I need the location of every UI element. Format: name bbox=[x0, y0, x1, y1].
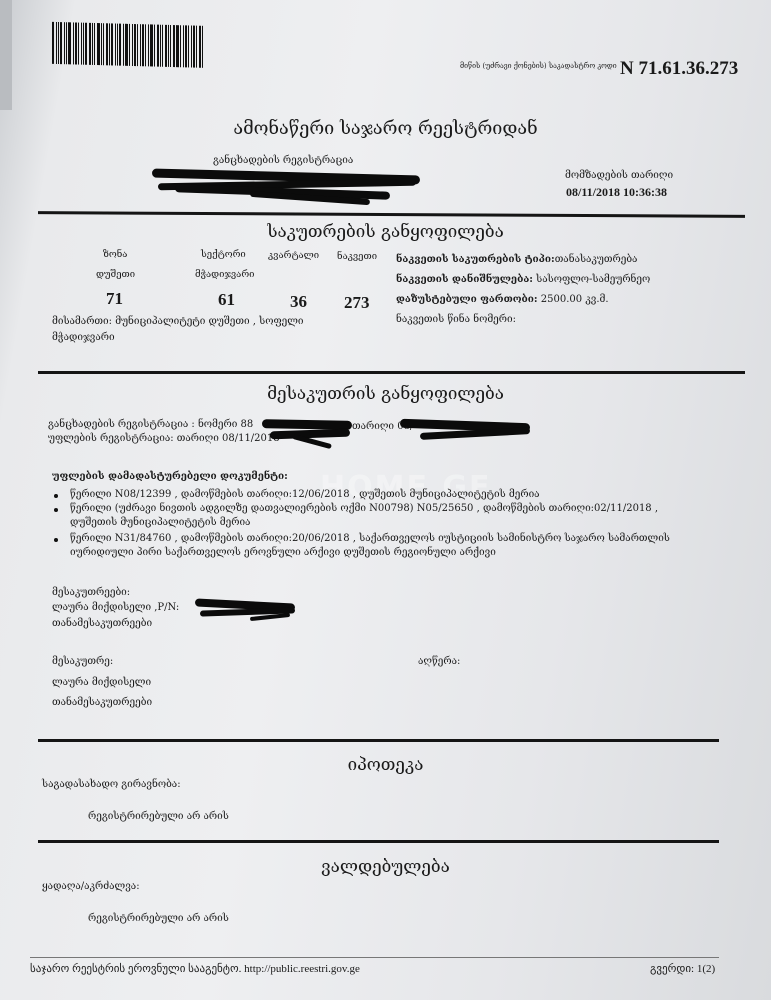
section-divider bbox=[38, 211, 745, 218]
document-title: ამონაწერი საჯარო რეესტრიდან bbox=[0, 118, 771, 139]
area-row: დაზუსტებული ფართობი: 2500.00 კვ.მ. bbox=[396, 294, 609, 305]
documents-label: უფლების დამადასტურებელი დოკუმენტი: bbox=[52, 471, 288, 482]
purpose-label: ნაკვეთის დანიშნულება: bbox=[396, 274, 533, 285]
cadastral-code-label: მიწის (უძრავი ქონების) საკადასტრო კოდი bbox=[460, 62, 617, 70]
cadastral-code: N 71.61.36.273 bbox=[620, 58, 738, 80]
document-item-3-line2: იურიდიული პირი საქართველოს ეროვნული არქი… bbox=[70, 547, 496, 558]
co-owners-1: თანამესაკუთრეები bbox=[52, 618, 152, 629]
owner-application-registration: განცხადების რეგისტრაცია : ნომერი 88 bbox=[48, 419, 253, 430]
tax-lien-value: რეგისტრირებული არ არის bbox=[88, 811, 229, 822]
parcel-value: 273 bbox=[344, 293, 370, 313]
zone-value: 71 bbox=[106, 289, 123, 309]
parcel-label: ნაკვეთი bbox=[337, 251, 377, 262]
sector-label: სექტორი bbox=[201, 249, 246, 260]
preparation-date-label: მომზადების თარიღი bbox=[565, 170, 673, 181]
quarter-value: 36 bbox=[290, 292, 307, 312]
obligation-section-title: ვალდებულება bbox=[0, 857, 771, 877]
owner-section-title: მესაკუთრის განყოფილება bbox=[0, 384, 771, 404]
area-label: დაზუსტებული ფართობი: bbox=[396, 294, 538, 305]
ownership-type-row: ნაკვეთის საკუთრების ტიპი:თანასაკუთრება bbox=[396, 254, 637, 265]
application-registration-label: განცხადების რეგისტრაცია bbox=[213, 155, 353, 166]
area-value: 2500.00 bbox=[541, 294, 582, 305]
mortgage-section-title: იპოთეკა bbox=[0, 755, 771, 775]
address-value: მუნიციპალიტეტი დუშეთი , სოფელი bbox=[115, 316, 303, 327]
zone-name: დუშეთი bbox=[96, 269, 135, 280]
purpose-row: ნაკვეთის დანიშნულება: სასოფლო-სამეურნეო bbox=[396, 274, 650, 285]
bullet bbox=[54, 494, 58, 498]
document-item-2-line1: წერილი (უძრავი ნივთის ადგილზე დათვალიერე… bbox=[70, 503, 658, 514]
preparation-date: 08/11/2018 10:36:38 bbox=[566, 185, 667, 200]
document-item-3-line1: წერილი N31/84760 , დამოწმების თარიღი:20/… bbox=[70, 533, 670, 544]
owner-line: ლაურა მიქდისელი ,P/N: bbox=[52, 602, 179, 613]
footer-divider bbox=[30, 957, 719, 958]
co-owners-2: თანამესაკუთრეები bbox=[52, 697, 152, 708]
description-label: აღწერა: bbox=[418, 656, 460, 667]
bullet bbox=[54, 508, 58, 512]
address-label: მისამართი: bbox=[52, 316, 112, 327]
owners-label: მესაკუთრეები: bbox=[52, 587, 130, 598]
seizure-label: ყადაღა/აკრძალვა: bbox=[42, 881, 140, 892]
rights-registration: უფლების რეგისტრაცია: თარიღი 08/11/2018 bbox=[48, 433, 280, 444]
section-divider bbox=[38, 840, 719, 843]
tax-lien-label: საგადასახადო გირავნობა: bbox=[42, 779, 181, 790]
property-section-title: საკუთრების განყოფილება bbox=[0, 222, 771, 242]
ownership-type-value: თანასაკუთრება bbox=[555, 254, 638, 265]
owner-name: ლაურა მიქდისელი bbox=[52, 677, 151, 688]
document-item-2-line2: დუშეთის მუნიციპალიტეტის მერია bbox=[70, 517, 250, 528]
sector-value: 61 bbox=[218, 290, 235, 310]
area-unit: კვ.მ. bbox=[585, 294, 608, 305]
barcode bbox=[52, 22, 215, 68]
seizure-value: რეგისტრირებული არ არის bbox=[88, 913, 229, 924]
ownership-type-label: ნაკვეთის საკუთრების ტიპი: bbox=[396, 254, 555, 265]
address-value-line2: მჭადიჯვარი bbox=[52, 332, 115, 343]
quarter-label: კვარტალი bbox=[268, 250, 319, 261]
bullet bbox=[54, 538, 58, 542]
page-edge bbox=[0, 0, 12, 110]
section-divider bbox=[38, 371, 745, 374]
document-item-1-line1: წერილი N08/12399 , დამოწმების თარიღი:12/… bbox=[70, 489, 540, 500]
zone-label: ზონა bbox=[103, 249, 127, 260]
sector-name: მჭადიჯვარი bbox=[195, 269, 254, 280]
owner-label: მესაკუთრე: bbox=[52, 656, 113, 667]
address-label-line1: მისამართი: მუნიციპალიტეტი დუშეთი , სოფელ… bbox=[52, 316, 304, 327]
section-divider bbox=[38, 739, 719, 742]
purpose-value: სასოფლო-სამეურნეო bbox=[536, 274, 650, 285]
page-number: გვერდი: 1(2) bbox=[650, 962, 715, 975]
previous-number-label: ნაკვეთის წინა ნომერი: bbox=[396, 314, 516, 325]
footer-agency: საჯარო რეესტრის ეროვნული სააგენტო. http:… bbox=[30, 962, 360, 975]
